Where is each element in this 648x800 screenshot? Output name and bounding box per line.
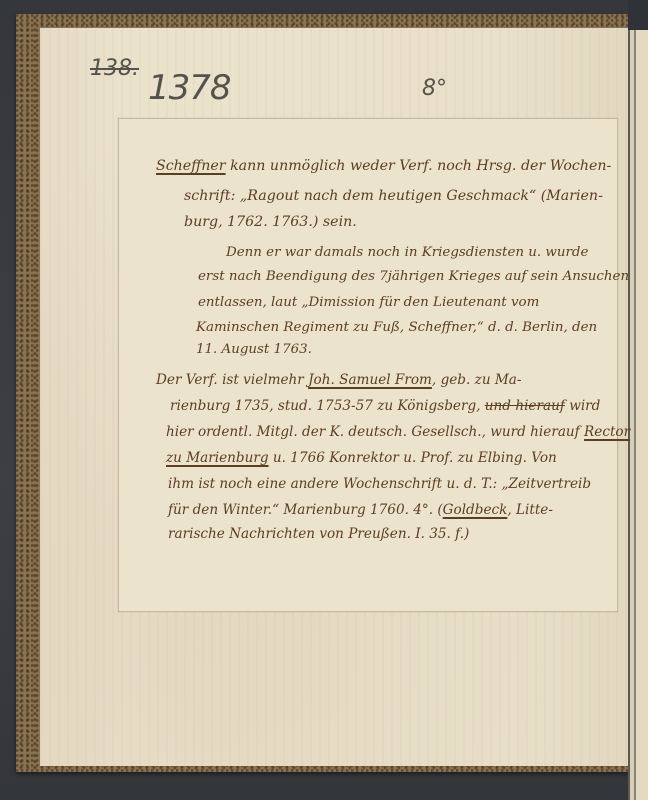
name-scheffner: Scheffner — [156, 158, 226, 174]
text: kann unmöglich weder Verf. noch Hrsg. de… — [226, 158, 612, 174]
struck-text: und hierauf — [485, 398, 565, 414]
catalog-number: 1378 — [148, 68, 231, 108]
text: u. 1766 Konrektor u. Prof. zu Elbing. Vo… — [269, 450, 557, 466]
text: , geb. zu Ma- — [432, 372, 522, 388]
text: Der Verf. ist vielmehr — [156, 372, 308, 388]
p2-line5: 11. August 1763. — [196, 335, 312, 364]
p1-line3: burg, 1762. 1763.) sein. — [184, 208, 357, 237]
place-marienburg: zu Marienburg — [166, 450, 269, 466]
struck-old-number: 138. — [90, 56, 139, 81]
p3-line5: ihm ist noch eine andere Wochenschrift u… — [168, 470, 591, 499]
name-from: Joh. Samuel From — [308, 372, 432, 388]
text: für den Winter.“ Marienburg 1760. 4°. ( — [168, 502, 443, 518]
p3-line7: rarische Nachrichten von Preußen. I. 35.… — [168, 520, 469, 549]
text: rienburg 1735, stud. 1753-57 zu Königsbe… — [170, 398, 485, 414]
text: , Litte- — [507, 502, 553, 518]
p3-line2: rienburg 1735, stud. 1753-57 zu Königsbe… — [170, 392, 600, 421]
text: hier ordentl. Mitgl. der K. deutsch. Ges… — [166, 424, 584, 440]
gutter-shadow — [628, 0, 648, 30]
p3-line1: Der Verf. ist vielmehr Joh. Samuel From,… — [156, 366, 522, 395]
folio-size: 8° — [422, 76, 447, 101]
ref-goldbeck: Goldbeck — [443, 502, 508, 518]
text: wird — [565, 398, 601, 414]
p2-line2: erst nach Beendigung des 7jährigen Krieg… — [198, 262, 629, 291]
p1-line1: Scheffner kann unmöglich weder Verf. noc… — [156, 152, 611, 181]
title-rector: Rector — [584, 424, 630, 440]
p3-line4: zu Marienburg u. 1766 Konrektor u. Prof.… — [166, 444, 557, 473]
p1-line2: schrift: „Ragout nach dem heutigen Gesch… — [184, 182, 603, 211]
p3-line3: hier ordentl. Mitgl. der K. deutsch. Ges… — [166, 418, 630, 447]
facing-page-edge — [628, 0, 648, 800]
